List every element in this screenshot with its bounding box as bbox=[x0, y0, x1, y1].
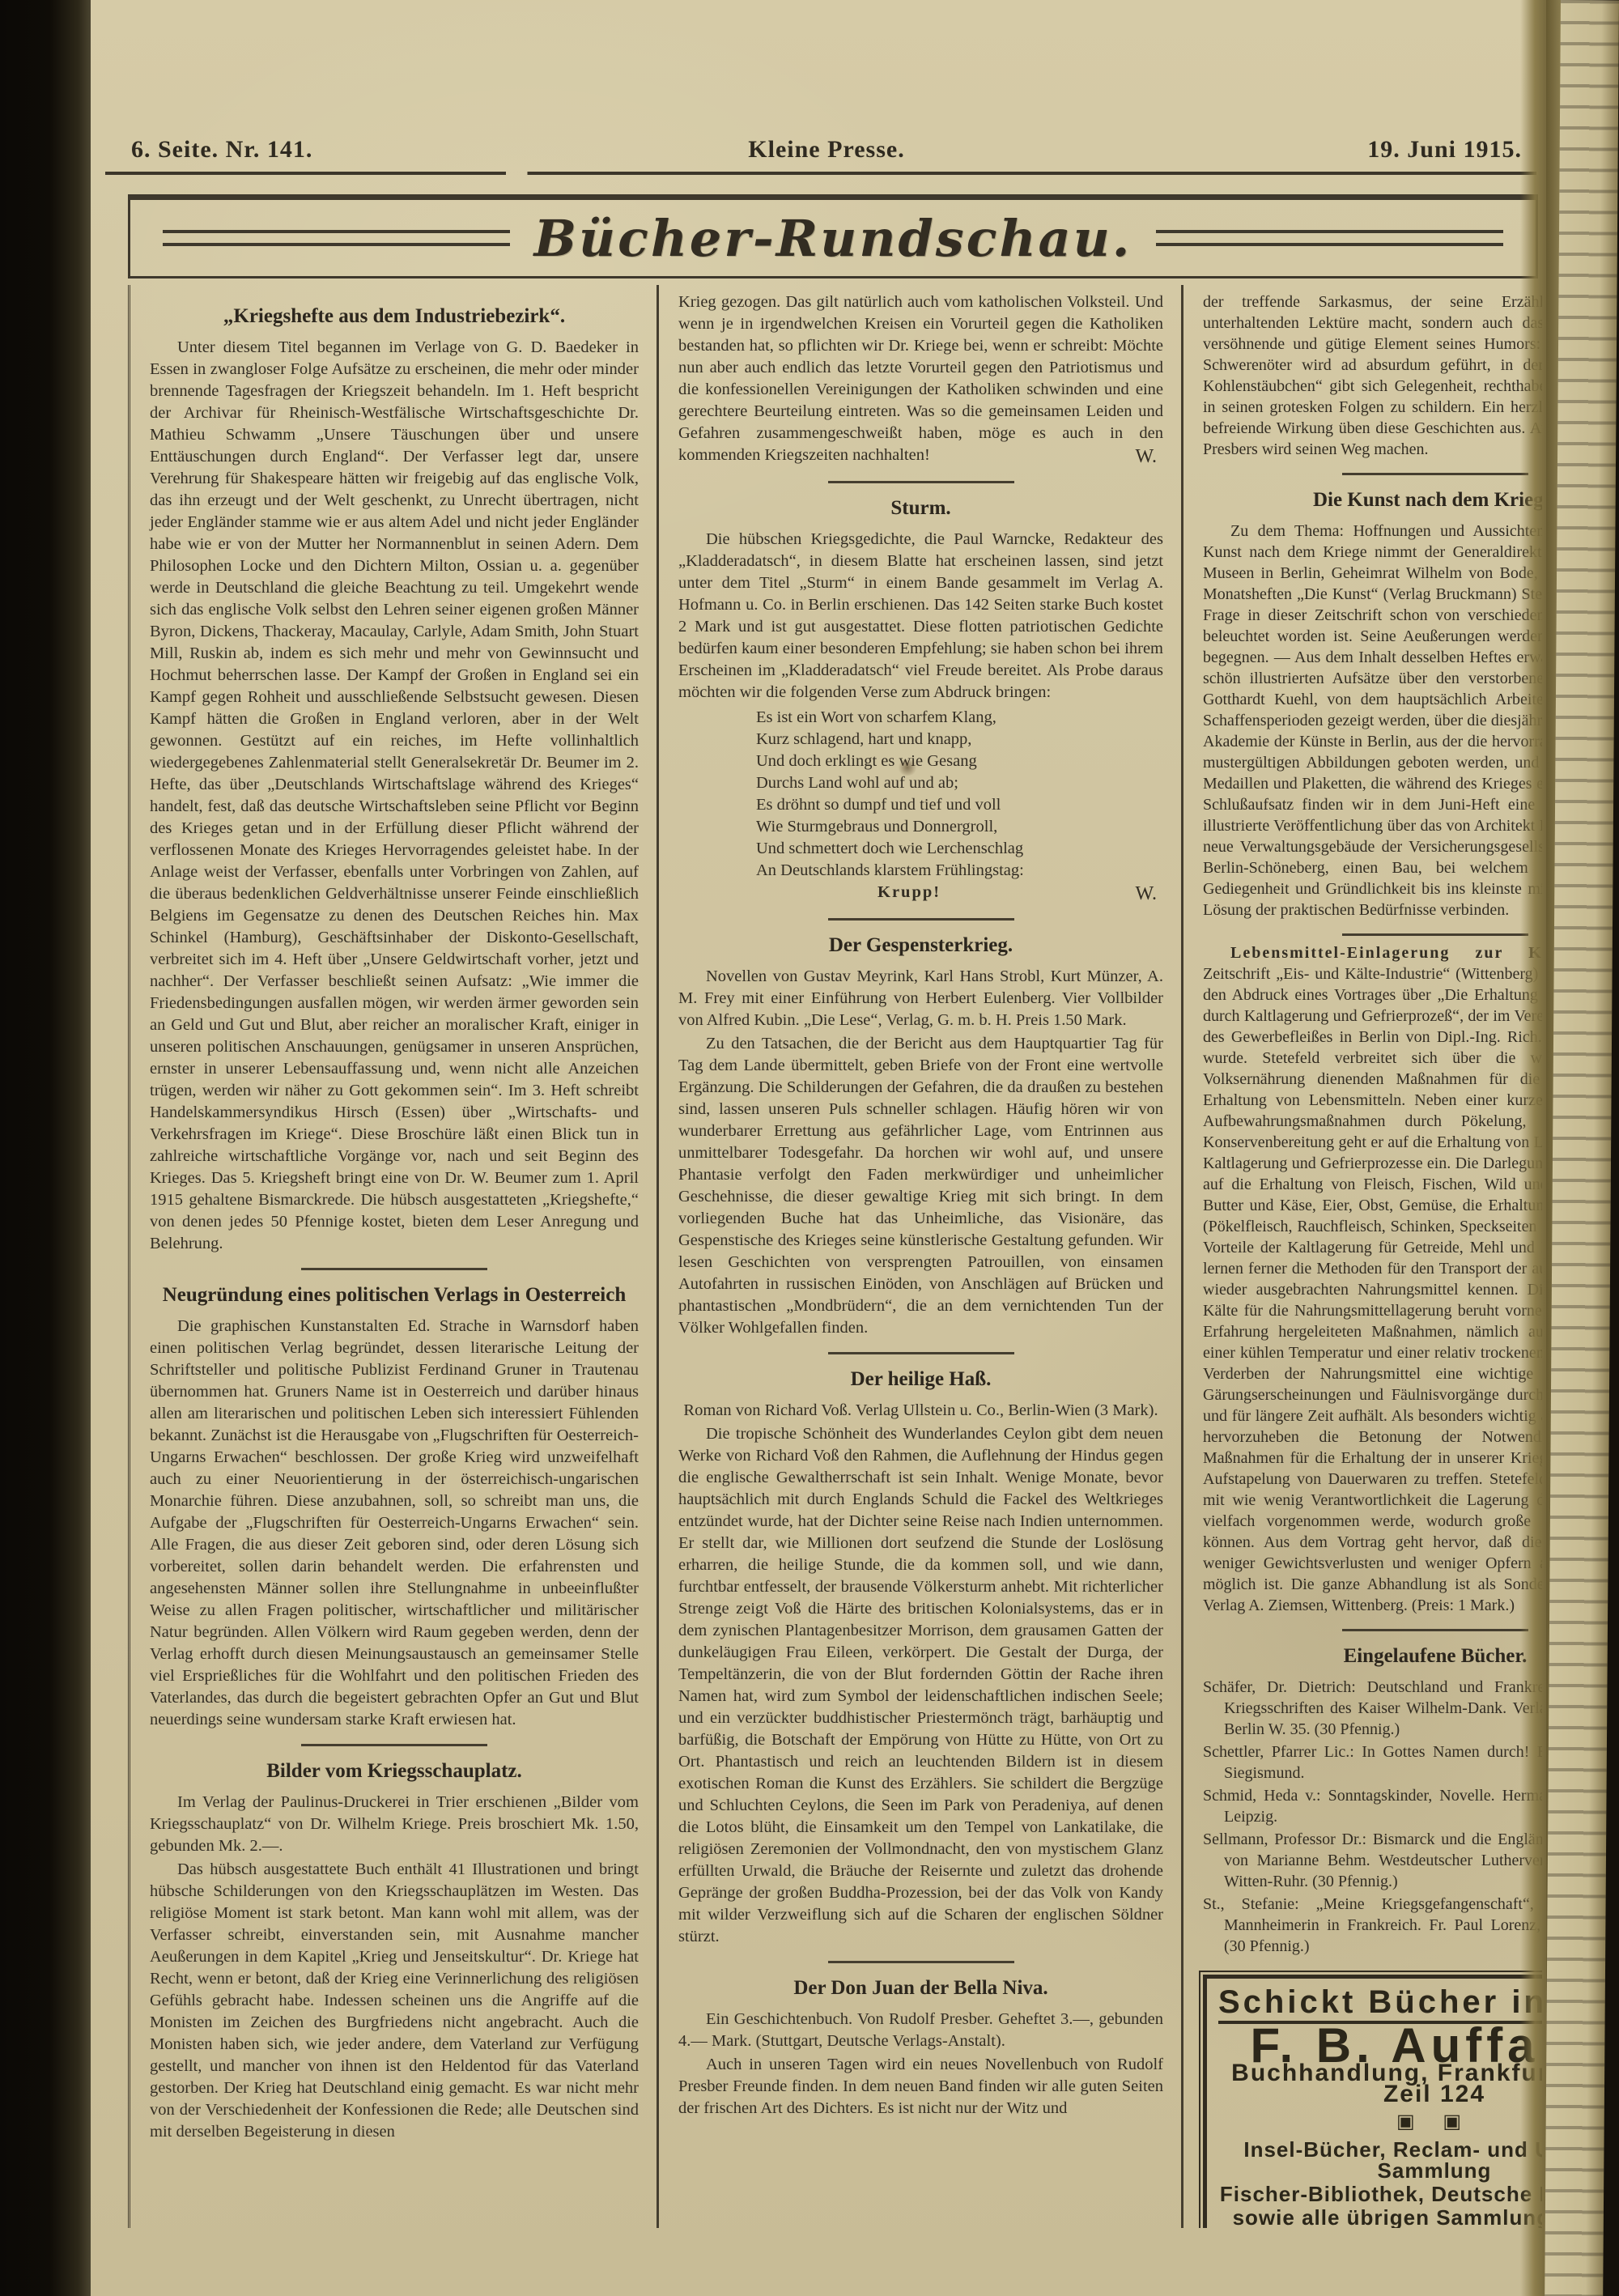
running-head: 6. Seite. Nr. 141. Kleine Presse. 19. Ju… bbox=[131, 136, 1522, 164]
article-body: Zu den Tatsachen, die der Bericht aus de… bbox=[678, 1033, 1163, 1339]
article-body: Das hübsch ausgestattete Buch enthält 41… bbox=[150, 1859, 639, 2143]
article-divider bbox=[828, 481, 1014, 483]
article-body: Die graphischen Kunstanstalten Ed. Strac… bbox=[150, 1316, 639, 1731]
article-heading-gespensterkrieg: Der Gespensterkrieg. bbox=[678, 933, 1163, 958]
article-heading-sturm: Sturm. bbox=[678, 496, 1163, 521]
article-divider bbox=[828, 1352, 1014, 1354]
article-heading-eingelaufene: Eingelaufene Bücher. bbox=[1203, 1644, 1542, 1669]
section-title: Bücher-Rundschau. bbox=[534, 209, 1132, 268]
ink-smudge bbox=[897, 759, 918, 776]
ad-offer-line: Insel-Bücher, Reclam- und Ullstein-Samml… bbox=[1218, 2139, 1542, 2181]
newspaper-sheet: 6. Seite. Nr. 141. Kleine Presse. 19. Ju… bbox=[91, 0, 1546, 2296]
column-3: der treffende Sarkasmus, der seine Erzäh… bbox=[1183, 285, 1542, 2228]
article-columns: „Kriegshefte aus dem Industriebezirk“. U… bbox=[128, 285, 1542, 2228]
poem-line: Es ist ein Wort von scharfem Klang, bbox=[756, 707, 1163, 729]
article-continuation: Krieg gezogen. Das gilt natürlich auch v… bbox=[678, 291, 1163, 466]
article-body: Zu dem Thema: Hoffnungen und Aussichten … bbox=[1203, 521, 1542, 921]
book-imprint: Ein Geschichtenbuch. Von Rudolf Presber.… bbox=[678, 2009, 1163, 2052]
article-divider bbox=[1342, 473, 1528, 475]
book-list-item: Schettler, Pfarrer Lic.: In Gottes Namen… bbox=[1203, 1741, 1542, 1784]
ad-address: Buchhandlung, Frankfurt a. M., Zeil 124 bbox=[1218, 2063, 1542, 2105]
poem-line: Und schmettert doch wie Lerchenschlag bbox=[756, 838, 1163, 860]
column-2: Krieg gezogen. Das gilt natürlich auch v… bbox=[659, 285, 1181, 2228]
ad-shop-name: F. B. Auffarth bbox=[1218, 2035, 1542, 2056]
article-body: Unter diesem Titel begannen im Verlage v… bbox=[150, 337, 639, 1255]
book-list-item: Schmid, Heda v.: Sonntagskinder, Novelle… bbox=[1203, 1785, 1542, 1827]
banner-rule-left bbox=[163, 230, 510, 246]
ad-offer-line: Fischer-Bibliothek, Deutsche Bibliothek bbox=[1218, 2183, 1542, 2205]
book-list-item: Schäfer, Dr. Dietrich: Deutschland und F… bbox=[1203, 1677, 1542, 1740]
article-body: Im Verlag der Paulinus-Druckerei in Trie… bbox=[150, 1792, 639, 1857]
page-number-label: 6. Seite. Nr. 141. bbox=[131, 136, 312, 164]
article-divider bbox=[301, 1268, 487, 1270]
masthead-title: Kleine Presse. bbox=[131, 136, 1522, 164]
article-heading-kunst: Die Kunst nach dem Kriege. bbox=[1203, 488, 1542, 512]
article-body: Lebensmittel-Einlagerung zur Kriegszeit.… bbox=[1203, 942, 1542, 1616]
runin-heading-lebensmittel: Lebensmittel-Einlagerung zur Kriegszeit. bbox=[1230, 944, 1542, 962]
article-heading-don-juan: Der Don Juan der Bella Niva. bbox=[678, 1976, 1163, 2000]
article-divider bbox=[1342, 933, 1528, 936]
article-heading-heiliger-hass: Der heilige Haß. bbox=[678, 1367, 1163, 1392]
poem-verse: Es ist ein Wort von scharfem Klang, Kurz… bbox=[756, 707, 1163, 904]
poem-line: Und doch erklingt es wie Gesang bbox=[756, 750, 1163, 772]
poem-line: An Deutschlands klarstem Frühlingstag: bbox=[756, 860, 1163, 882]
scanned-newspaper-page: 6. Seite. Nr. 141. Kleine Presse. 19. Ju… bbox=[0, 0, 1619, 2296]
article-divider bbox=[828, 918, 1014, 921]
article-divider bbox=[828, 1961, 1014, 1963]
article-body: Die hübschen Kriegsgedichte, die Paul Wa… bbox=[678, 529, 1163, 704]
article-heading-kriegshefte: „Kriegshefte aus dem Industriebezirk“. bbox=[150, 304, 639, 329]
article-body: Die tropische Schönheit des Wunderlandes… bbox=[678, 1423, 1163, 1948]
article-heading-neugruendung: Neugründung eines politischen Verlags in… bbox=[150, 1283, 639, 1307]
book-list-item: Sellmann, Professor Dr.: Bismarck und di… bbox=[1203, 1829, 1542, 1892]
article-body-text: Die Zeitschrift „Eis- und Kälte-Industri… bbox=[1203, 944, 1542, 1614]
article-divider bbox=[1342, 1629, 1528, 1631]
book-imprint: Roman von Richard Voß. Verlag Ullstein u… bbox=[678, 1400, 1163, 1422]
poem-line: Durchs Land wohl auf und ab; bbox=[756, 772, 1163, 794]
article-heading-bilder: Bilder vom Kriegsschauplatz. bbox=[150, 1759, 639, 1784]
poem-line: Wie Sturmgebraus und Donnergroll, bbox=[756, 816, 1163, 838]
book-list-item: St., Stefanie: „Meine Kriegsgefangenscha… bbox=[1203, 1894, 1542, 1957]
book-imprint: Novellen von Gustav Meyrink, Karl Hans S… bbox=[678, 966, 1163, 1031]
header-rule bbox=[105, 172, 1536, 175]
column-1: „Kriegshefte aus dem Industriebezirk“. U… bbox=[130, 285, 657, 2228]
banner-rule-right bbox=[1156, 230, 1503, 246]
section-banner: Bücher-Rundschau. bbox=[128, 194, 1538, 278]
article-body: Auch in unseren Tagen wird ein neues Nov… bbox=[678, 2054, 1163, 2120]
scan-left-margin bbox=[0, 0, 91, 2296]
ad-offer-line: sowie alle übrigen Sammlungen stets vorr… bbox=[1218, 2207, 1542, 2228]
issue-date: 19. Juni 1915. bbox=[1367, 136, 1522, 164]
poem-line: Es dröhnt so dumpf und tief und voll bbox=[756, 794, 1163, 816]
article-divider bbox=[301, 1744, 487, 1746]
poem-line: Kurz schlagend, hart und knapp, bbox=[756, 729, 1163, 750]
bookshop-advertisement: Schickt Bücher ins Feld! F. B. Auffarth … bbox=[1203, 1975, 1542, 2228]
ad-ornament-squares-icon: ▣ ▣ bbox=[1218, 2111, 1542, 2132]
article-continuation: der treffende Sarkasmus, der seine Erzäh… bbox=[1203, 291, 1542, 460]
